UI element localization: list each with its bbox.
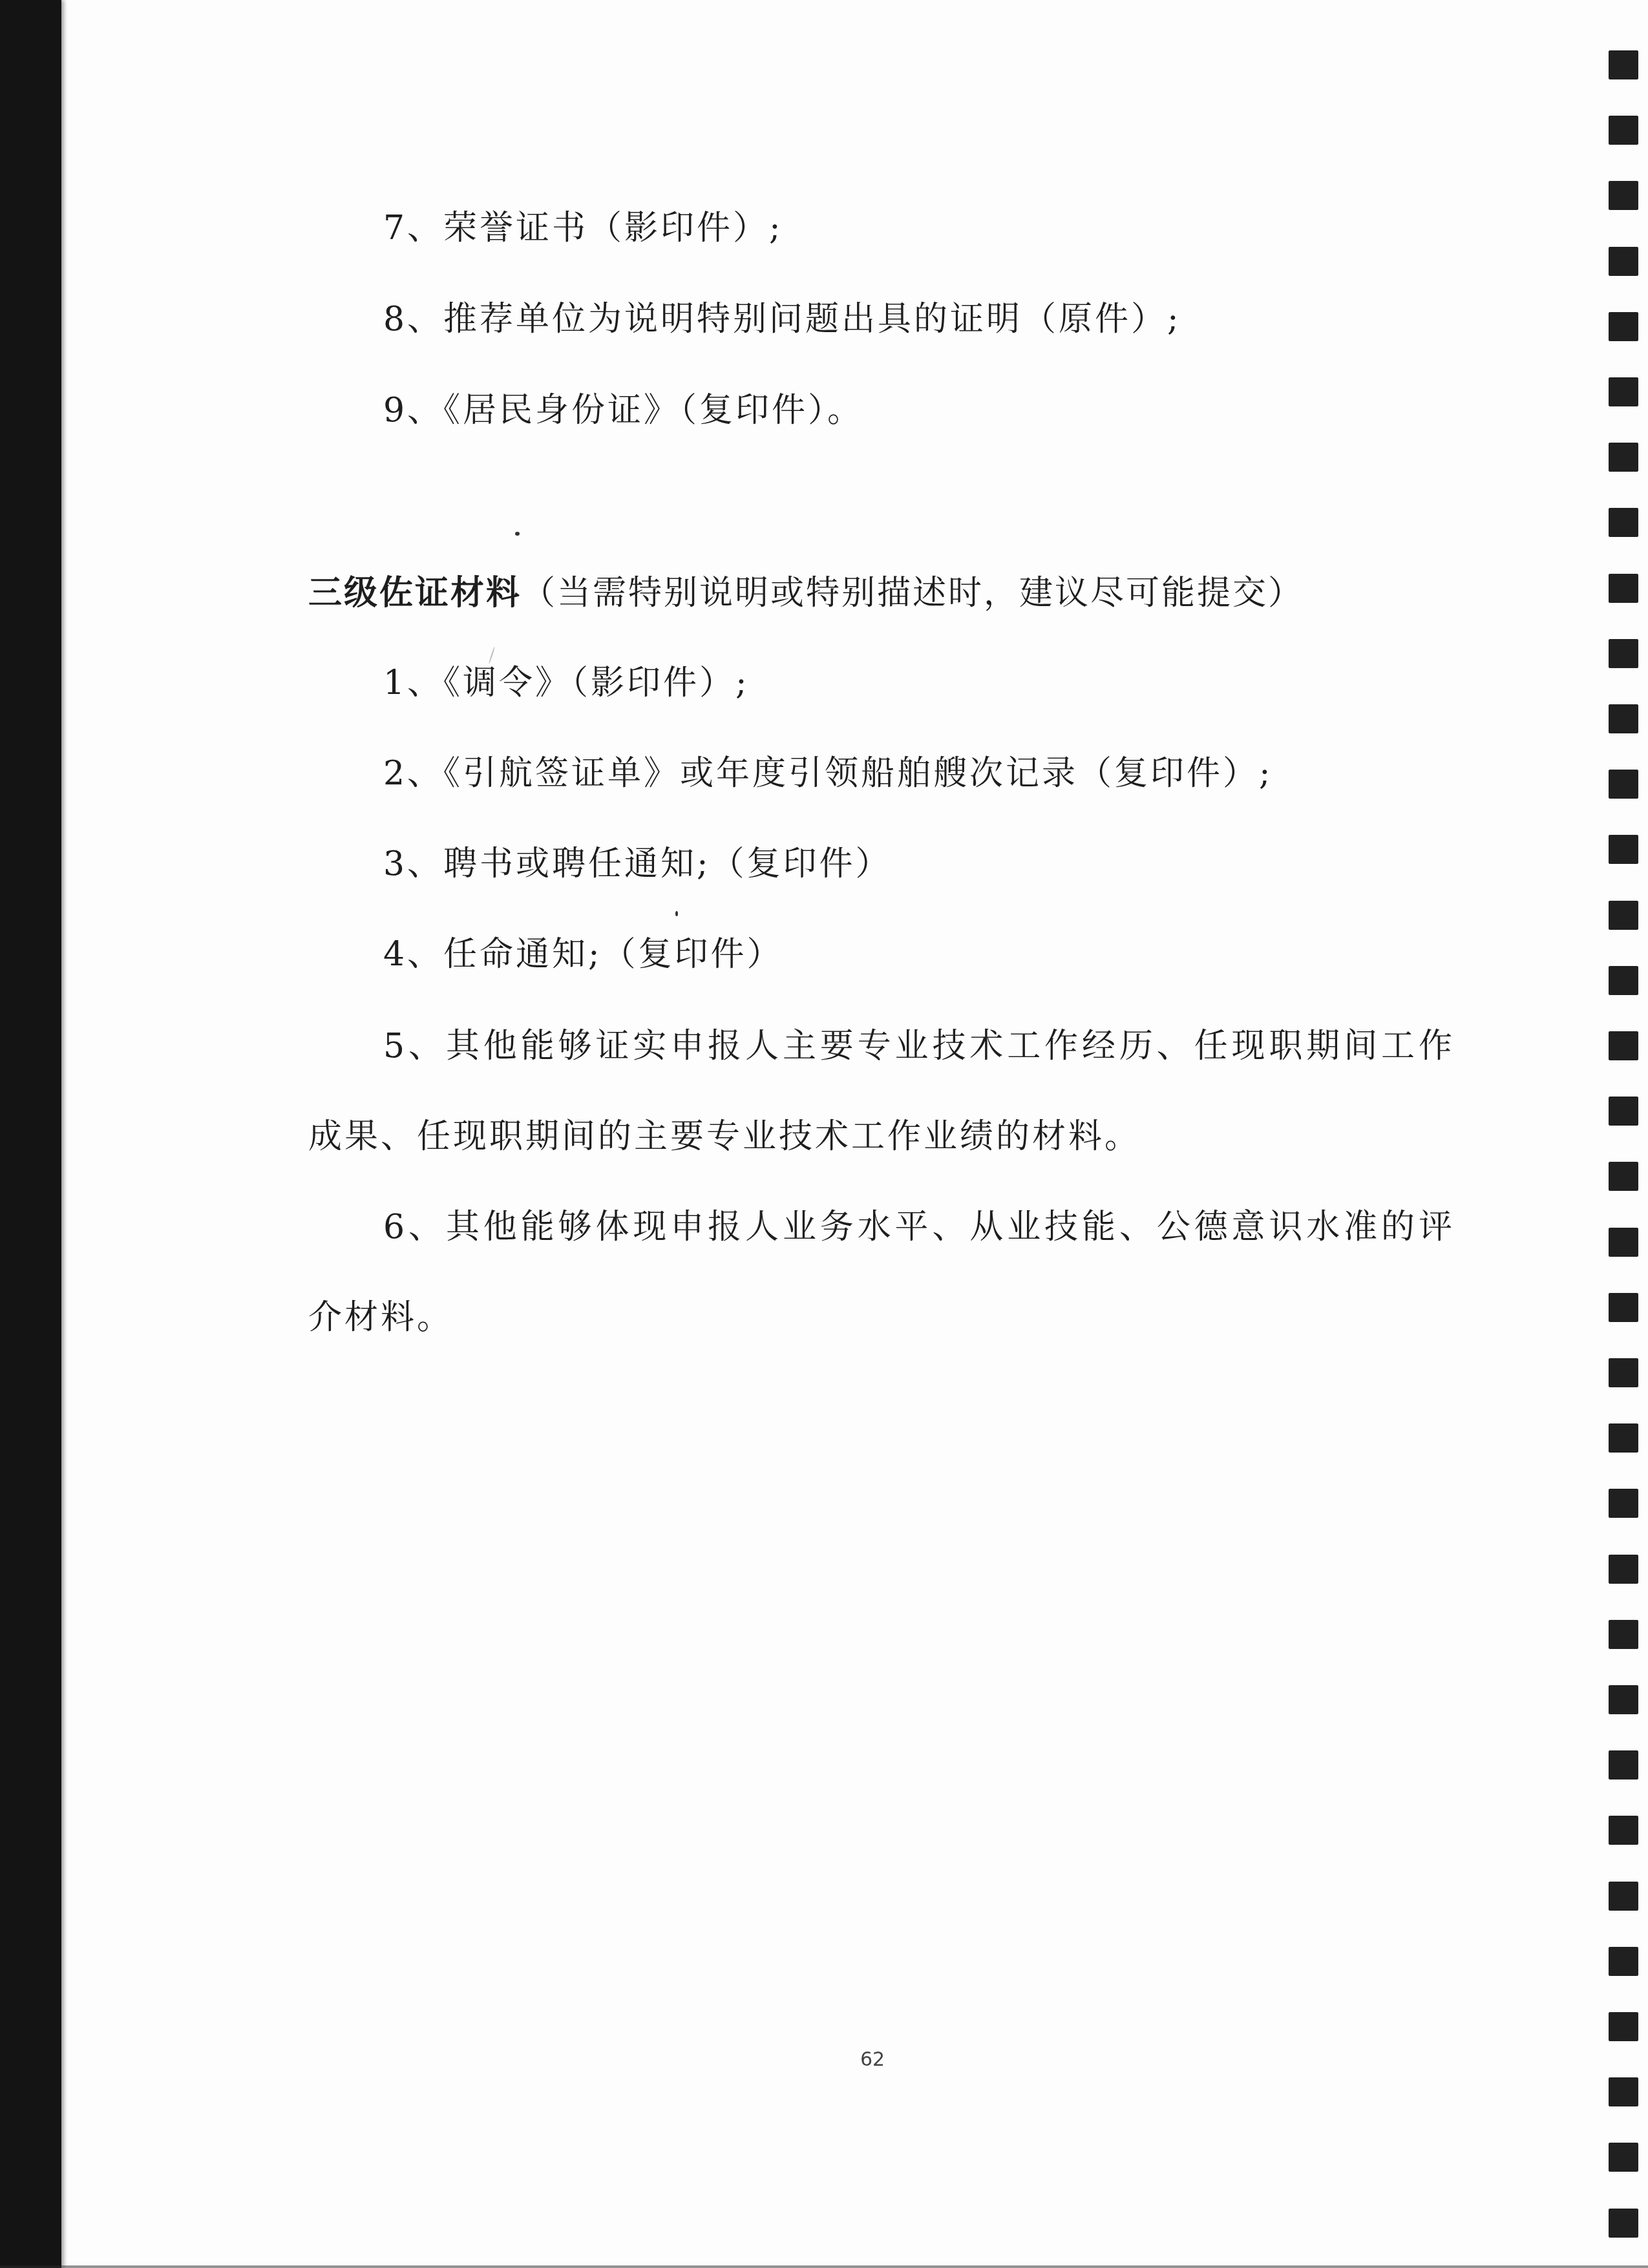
section-item-6-line-1: 6、其他能够体现申报人业务水平、从业技能、公德意识水准的评 bbox=[383, 1208, 1452, 1246]
scan-scratch bbox=[489, 646, 496, 664]
binding-hole bbox=[1609, 377, 1638, 406]
list-item-number: 8、 bbox=[383, 300, 443, 339]
binding-hole bbox=[1609, 1685, 1638, 1714]
binding-hole bbox=[1609, 1489, 1638, 1518]
binding-hole bbox=[1609, 1620, 1638, 1649]
binding-hole bbox=[1609, 966, 1638, 995]
binding-hole bbox=[1609, 770, 1638, 799]
binding-hole bbox=[1609, 1097, 1638, 1126]
binding-hole bbox=[1609, 1293, 1638, 1322]
list-item-8: 8、推荐单位为说明特别问题出具的证明（原件）; bbox=[383, 300, 1181, 339]
page-number: 62 bbox=[808, 2048, 937, 2071]
scan-speck bbox=[515, 532, 520, 536]
binding-hole bbox=[1609, 443, 1638, 472]
list-item-text-continued: 成果、任现职期间的主要专业技术工作业绩的材料。 bbox=[308, 1117, 1141, 1156]
binding-hole bbox=[1609, 50, 1638, 79]
binding-hole bbox=[1609, 1228, 1638, 1257]
list-item-text: 《调令》（影印件）; bbox=[443, 664, 750, 702]
section-item-6-line-2: 介材料。 bbox=[308, 1298, 453, 1337]
binding-hole bbox=[1609, 2143, 1638, 2172]
binding-hole bbox=[1609, 181, 1638, 210]
binding-hole bbox=[1609, 116, 1638, 145]
section-title: 三级佐证材料 bbox=[308, 573, 522, 613]
section-item-1: 1、《调令》（影印件）; bbox=[383, 664, 750, 702]
section-note: （当需特别说明或特别描述时，建议尽可能提交） bbox=[522, 574, 1304, 613]
binding-hole bbox=[1609, 2077, 1638, 2106]
binding-hole bbox=[1609, 1750, 1638, 1780]
binding-hole bbox=[1609, 1162, 1638, 1191]
list-item-text: 任命通知;（复印件） bbox=[443, 935, 783, 974]
binding-hole bbox=[1609, 1882, 1638, 1911]
section-heading: 三级佐证材料（当需特别说明或特别描述时，建议尽可能提交） bbox=[308, 574, 1304, 613]
binding-hole bbox=[1609, 1031, 1638, 1060]
binding-hole bbox=[1609, 2209, 1638, 2238]
section-item-2: 2、《引航签证单》或年度引领船舶艘次记录（复印件）; bbox=[383, 754, 1273, 793]
binding-hole bbox=[1609, 1947, 1638, 1976]
section-item-5-line-1: 5、其他能够证实申报人主要专业技术工作经历、任现职期间工作 bbox=[383, 1027, 1452, 1066]
list-item-number: 9、 bbox=[383, 391, 443, 430]
list-item-number: 1、 bbox=[383, 664, 443, 702]
list-item-number: 3、 bbox=[383, 845, 443, 883]
list-item-number: 5、 bbox=[383, 1027, 446, 1066]
binding-hole bbox=[1609, 835, 1638, 864]
binding-hole bbox=[1609, 508, 1638, 537]
list-item-text: 推荐单位为说明特别问题出具的证明（原件）; bbox=[443, 300, 1181, 339]
list-item-7: 7、荣誉证书（影印件）; bbox=[383, 209, 783, 247]
list-item-text: 《居民身份证》（复印件）。 bbox=[443, 391, 863, 430]
list-item-number: 7、 bbox=[383, 209, 443, 247]
binding-hole bbox=[1609, 574, 1638, 603]
list-item-text: 荣誉证书（影印件）; bbox=[443, 209, 783, 247]
section-item-5-line-2: 成果、任现职期间的主要专业技术工作业绩的材料。 bbox=[308, 1117, 1141, 1156]
list-item-text: 其他能够证实申报人主要专业技术工作经历、任现职期间工作 bbox=[446, 1027, 1452, 1066]
list-item-number: 2、 bbox=[383, 754, 443, 793]
list-item-number: 6、 bbox=[383, 1208, 446, 1246]
binding-hole bbox=[1609, 247, 1638, 276]
binding-holes bbox=[1609, 0, 1638, 2268]
list-item-9: 9、《居民身份证》（复印件）。 bbox=[383, 391, 863, 430]
binding-hole bbox=[1609, 1423, 1638, 1453]
binding-hole bbox=[1609, 312, 1638, 341]
list-item-number: 4、 bbox=[383, 935, 443, 974]
binding-hole bbox=[1609, 704, 1638, 733]
section-item-4: 4、任命通知;（复印件） bbox=[383, 935, 783, 974]
binding-hole bbox=[1609, 1358, 1638, 1387]
binding-hole bbox=[1609, 2012, 1638, 2041]
binding-hole bbox=[1609, 901, 1638, 930]
list-item-text-continued: 介材料。 bbox=[308, 1298, 453, 1337]
list-item-text: 《引航签证单》或年度引领船舶艘次记录（复印件）; bbox=[443, 754, 1273, 793]
binding-hole bbox=[1609, 1816, 1638, 1845]
scan-bottom-edge bbox=[0, 2265, 1648, 2268]
binding-hole bbox=[1609, 639, 1638, 668]
scan-left-edge-bar bbox=[0, 0, 61, 2268]
binding-hole bbox=[1609, 1555, 1638, 1584]
list-item-text: 聘书或聘任通知;（复印件） bbox=[443, 845, 892, 883]
section-item-3: 3、聘书或聘任通知;（复印件） bbox=[383, 845, 892, 883]
scan-speck bbox=[675, 911, 678, 916]
list-item-text: 其他能够体现申报人业务水平、从业技能、公德意识水准的评 bbox=[446, 1208, 1452, 1246]
